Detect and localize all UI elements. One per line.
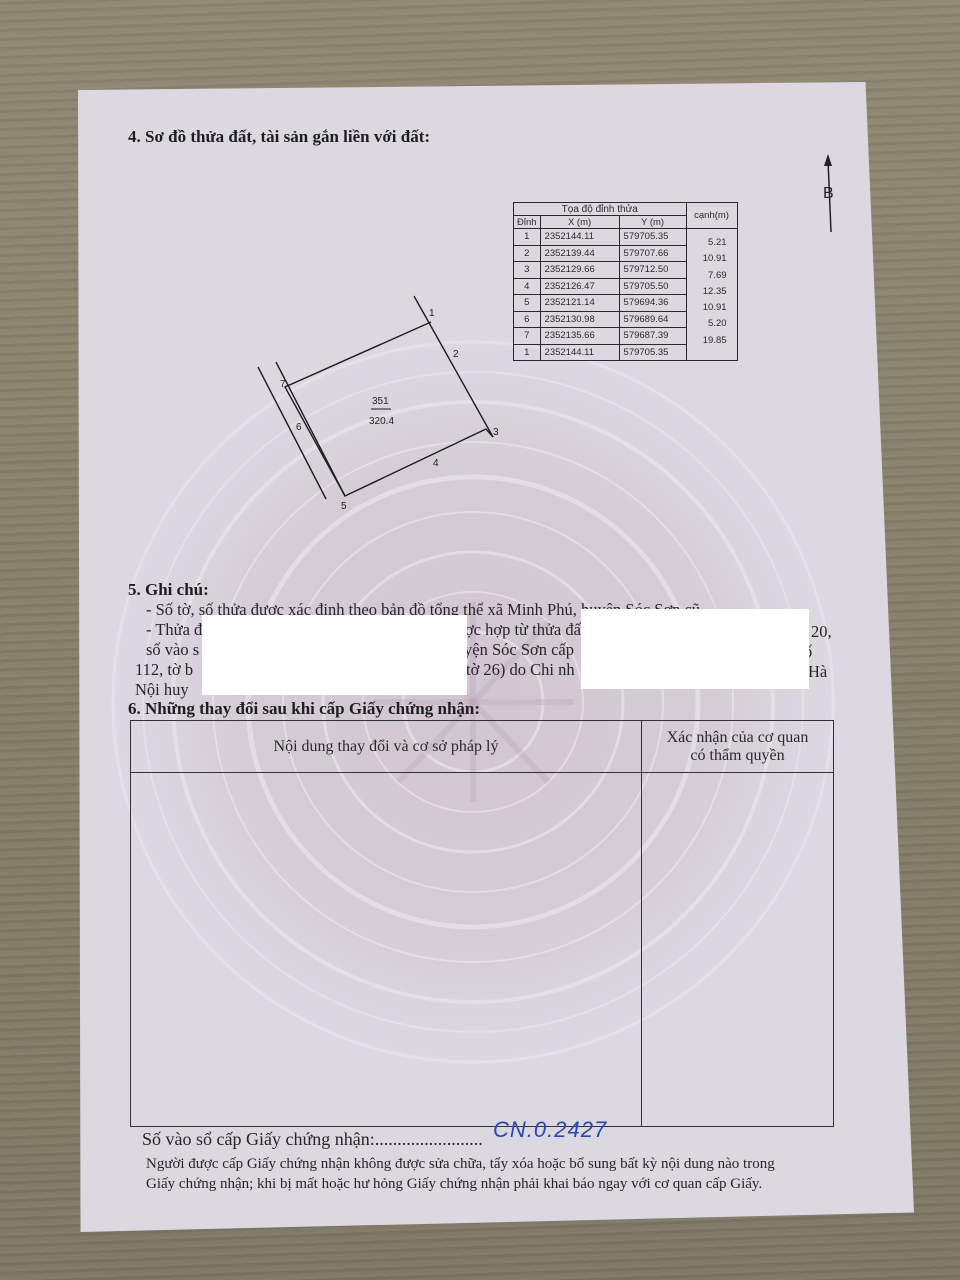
redaction-box xyxy=(202,615,467,695)
registry-number-handwritten: CN.0.2427 xyxy=(493,1117,607,1143)
coord-cell-y: 579694.36 xyxy=(619,295,686,312)
coord-cell-y: 579705.35 xyxy=(619,344,686,361)
changes-table: Nội dung thay đổi và cơ sở pháp lý Xác n… xyxy=(130,720,834,1127)
vertex-label-6: 6 xyxy=(296,422,302,433)
note-line-2: - Thửa đ xyxy=(146,620,202,640)
col-authority-header: Xác nhận của cơ quan có thẩm quyền xyxy=(642,721,834,773)
coord-cell-y: 579687.39 xyxy=(619,328,686,345)
coord-group-header: Tọa độ đỉnh thửa xyxy=(514,203,687,216)
vertex-label-2: 2 xyxy=(453,349,459,360)
col-y-header: Y (m) xyxy=(619,216,686,229)
note-fragment-3: tờ 26) do Chi nh xyxy=(466,660,575,680)
coord-cell-y: 579707.66 xyxy=(619,245,686,262)
coord-cell-x: 2352144.11 xyxy=(540,344,619,361)
edge-lengths: 5.2110.917.6912.3510.915.2019.85 xyxy=(686,229,737,361)
authority-header-line2: có thẩm quyền xyxy=(643,747,832,765)
content-cell xyxy=(131,773,642,1127)
redaction-box xyxy=(581,609,809,689)
parcel-area: 320.4 xyxy=(369,416,394,427)
coord-cell-x: 2352144.11 xyxy=(540,229,619,246)
note-line-5: Nội huy xyxy=(135,680,189,700)
vertex-label-3: 3 xyxy=(493,427,499,438)
certificate-page: 4. Sơ đồ thửa đất, tài sản gắn liền với … xyxy=(78,82,914,1232)
coord-cell-vertex: 6 xyxy=(514,311,541,328)
registry-label-text: Số vào sổ cấp Giấy chứng nhận: xyxy=(142,1129,375,1149)
note-fragment-4: 20, xyxy=(811,622,832,642)
authority-cell xyxy=(642,773,834,1127)
edge-length: 5.21 xyxy=(690,235,727,251)
vertex-label-7: 7 xyxy=(280,379,286,390)
edge-length: 19.85 xyxy=(690,333,727,349)
coord-cell-vertex: 4 xyxy=(514,278,541,295)
coord-cell-y: 579712.50 xyxy=(619,262,686,279)
notice-line-1: Người được cấp Giấy chứng nhận không đượ… xyxy=(146,1156,775,1173)
note-line-4: 112, tờ b xyxy=(135,660,193,680)
section5-heading: 5. Ghi chú: xyxy=(128,580,209,600)
coord-row: 12352144.11579705.355.2110.917.6912.3510… xyxy=(514,229,738,246)
edge-length: 10.91 xyxy=(690,251,727,267)
coord-cell-y: 579705.50 xyxy=(619,278,686,295)
coordinate-table: Tọa độ đỉnh thửa cạnh(m) Đỉnh X (m) Y (m… xyxy=(513,202,738,361)
notice-line-2: Giấy chứng nhận; khi bị mất hoặc hư hỏng… xyxy=(146,1176,762,1193)
coord-cell-x: 2352129.66 xyxy=(540,262,619,279)
col-content-header: Nội dung thay đổi và cơ sở pháp lý xyxy=(131,721,642,773)
coord-cell-vertex: 7 xyxy=(514,328,541,345)
coord-cell-x: 2352139.44 xyxy=(540,245,619,262)
col-vertex-header: Đỉnh xyxy=(514,216,541,229)
edge-header: cạnh(m) xyxy=(686,203,737,229)
edge-length: 5.20 xyxy=(690,316,727,332)
vertex-label-5: 5 xyxy=(341,501,347,512)
section6-heading: 6. Những thay đổi sau khi cấp Giấy chứng… xyxy=(128,699,480,719)
col-x-header: X (m) xyxy=(540,216,619,229)
vertex-label-1: 1 xyxy=(429,308,435,319)
coord-cell-y: 579689.64 xyxy=(619,311,686,328)
coord-cell-vertex: 2 xyxy=(514,245,541,262)
edge-length: 7.69 xyxy=(690,268,727,284)
coord-cell-vertex: 1 xyxy=(514,229,541,246)
coord-cell-x: 2352130.98 xyxy=(540,311,619,328)
coord-cell-x: 2352121.14 xyxy=(540,295,619,312)
registry-label: Số vào sổ cấp Giấy chứng nhận:..........… xyxy=(142,1129,483,1150)
coord-cell-vertex: 5 xyxy=(514,295,541,312)
vertex-label-4: 4 xyxy=(433,458,439,469)
coord-cell-vertex: 3 xyxy=(514,262,541,279)
note-line-3: số vào s xyxy=(146,640,199,660)
note-fragment-2: yện Sóc Sơn cấp xyxy=(464,640,574,660)
registry-dots: ........................ xyxy=(375,1129,483,1149)
coord-cell-x: 2352135.66 xyxy=(540,328,619,345)
authority-header-line1: Xác nhận của cơ quan xyxy=(643,729,832,747)
note-fragment-6: Hà xyxy=(808,662,827,682)
coord-cell-x: 2352126.47 xyxy=(540,278,619,295)
edge-length: 10.91 xyxy=(690,300,727,316)
parcel-number: 351 xyxy=(372,396,389,407)
coord-cell-vertex: 1 xyxy=(514,344,541,361)
coord-cell-y: 579705.35 xyxy=(619,229,686,246)
edge-length: 12.35 xyxy=(690,284,727,300)
